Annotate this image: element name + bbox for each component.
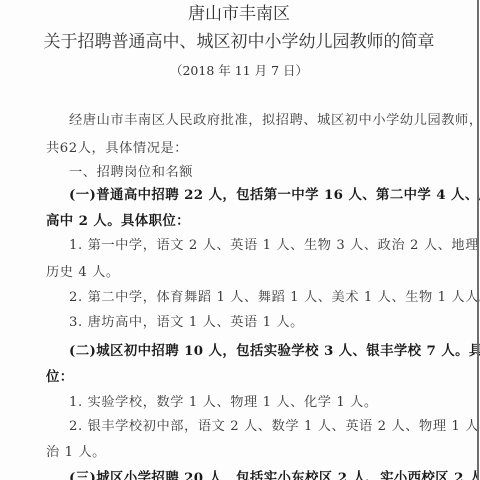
title-line-1: 唐山市丰南区 (0, 6, 478, 23)
page-edge-divider (477, 0, 479, 480)
part3-heading-line-1-partial: (三)城区小学招聘 20 人，包括实小东校区 2 人、实小西校区 2 人、爱 (69, 472, 480, 480)
intro-paragraph-line-1: 经唐山市丰南区人民政府批准，拟招聘、城区初中小学幼儿园教师， (69, 114, 480, 127)
part1-heading-line-2: 高中 2 人。具体职位： (46, 215, 190, 228)
part2-item-2-line-1: 2. 银丰学校初中部，语文 2 人、数学 1 人、英语 2 人、物理 1 人、政 (69, 420, 480, 433)
part1-heading-line-1: (一)普通高中招聘 22 人，包括第一中学 16 人、第二中学 4 人、唐坊 (69, 189, 480, 202)
title-line-2: 关于招聘普通高中、城区初中小学幼儿园教师的简章 (0, 34, 478, 51)
document-page: 唐山市丰南区 关于招聘普通高中、城区初中小学幼儿园教师的简章 （2018 年 1… (0, 0, 478, 480)
part2-item-2-line-2: 治 1 人。 (46, 446, 106, 459)
part1-item-1-line-2: 历史 4 人。 (46, 266, 120, 279)
part2-item-1: 1. 实验学校，数学 1 人、物理 1 人、化学 1 人。 (69, 396, 378, 409)
part1-item-1-line-1: 1. 第一中学，语文 2 人、英语 1 人、生物 3 人、政治 2 人、地理 4… (69, 239, 480, 252)
part2-heading-line-2: 位： (46, 371, 74, 384)
document-date: （2018 年 11 月 7 日） (0, 65, 478, 78)
part2-heading-line-1: (二)城区初中招聘 10 人，包括实验学校 3 人、银丰学校 7 人。具体职 (69, 345, 480, 358)
part1-item-2: 2. 第二中学，体育舞蹈 1 人、舞蹈 1 人、美术 1 人、生物 1 人人。 (69, 291, 480, 304)
part1-item-3: 3. 唐坊高中，语文 1 人、英语 1 人。 (69, 316, 304, 329)
section-heading-positions: 一、招聘岗位和名额 (69, 166, 193, 179)
intro-paragraph-line-2: 共62人，具体情况是： (46, 142, 188, 155)
